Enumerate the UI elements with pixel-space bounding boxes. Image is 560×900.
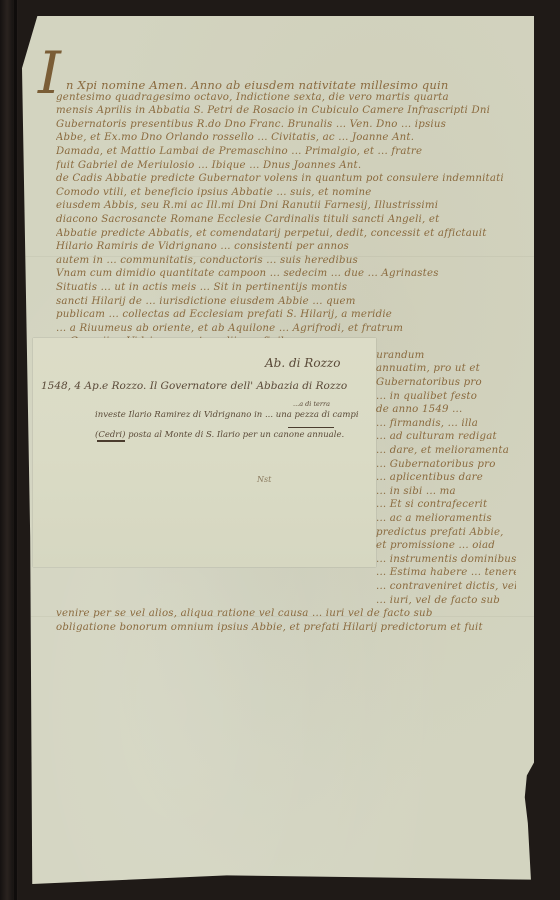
manuscript-line: venire per se vel alios, aliqua ratione … <box>56 608 516 622</box>
manuscript-line: eiusdem Abbis, seu R.mi ac Ill.mi Dni Dn… <box>56 200 516 214</box>
slip-line: investe Ilario Ramirez di Vidrignano in … <box>95 410 359 420</box>
binding-edge <box>14 0 17 900</box>
slip-line: 1548, 4 Ap.e Rozzo. Il Governatore dell'… <box>41 380 347 392</box>
manuscript-line: publicam ... collectas ad Ecclesiam pref… <box>56 309 516 323</box>
manuscript-line: de Cadis Abbatie predicte Gubernator vol… <box>56 173 516 187</box>
manuscript-line: Comodo vtili, et beneficio ipsius Abbati… <box>56 187 516 201</box>
signature-mark: Nst <box>257 475 271 484</box>
underline-mark <box>288 427 334 428</box>
slip-header: Ab. di Rozzo <box>265 356 340 370</box>
manuscript-line: fuit Gabriel de Meriulosio ... Ibique ..… <box>56 160 516 174</box>
manuscript-line: n Xpi nomine Amen. Anno ab eiusdem nativ… <box>56 78 516 92</box>
manuscript-line: obligatione bonorum omnium ipsius Abbie,… <box>56 622 516 636</box>
slip-line: (Cedri) posta al Monte di S. Ilario per … <box>95 430 344 440</box>
manuscript-line: gentesimo quadragesimo octavo, Indiction… <box>56 92 516 106</box>
manuscript-line: Gubernatoris presentibus R.do Dno Franc.… <box>56 119 516 133</box>
manuscript-line: ... a Riuumeus ab oriente, et ab Aquilon… <box>56 323 516 337</box>
manuscript-line: mensis Aprilis in Abbatia S. Petri de Ro… <box>56 105 516 119</box>
underline-mark <box>97 440 125 442</box>
manuscript-line: Hilario Ramiris de Vidrignano ... consis… <box>56 241 516 255</box>
manuscript-line: ... iuri, vel de facto sub <box>56 595 516 609</box>
manuscript-line: Damada, et Mattio Lambai de Premaschino … <box>56 146 516 160</box>
manuscript-line: ... contraveniret dictis, vel <box>56 581 516 595</box>
manuscript-line: diacono Sacrosancte Romane Ecclesie Card… <box>56 214 516 228</box>
slip-superscript: ...a di terra <box>293 400 330 408</box>
manuscript-line: Abbatie predicte Abbatis, et comendatari… <box>56 228 516 242</box>
manuscript-line: Vnam cum dimidio quantitate campoon ... … <box>56 268 516 282</box>
manuscript-line: ... Estima habere ... tenere <box>56 567 516 581</box>
manuscript-line: sancti Hilarij de ... iurisdictione eius… <box>56 296 516 310</box>
manuscript-line: Abbe, et Ex.mo Dno Orlando rossello ... … <box>56 132 516 146</box>
manuscript-line: autem in ... communitatis, conductoris .… <box>56 255 516 269</box>
manuscript-line: Situatis ... ut in actis meis ... Sit in… <box>56 282 516 296</box>
annotation-slip: Ab. di Rozzo 1548, 4 Ap.e Rozzo. Il Gove… <box>33 338 376 567</box>
